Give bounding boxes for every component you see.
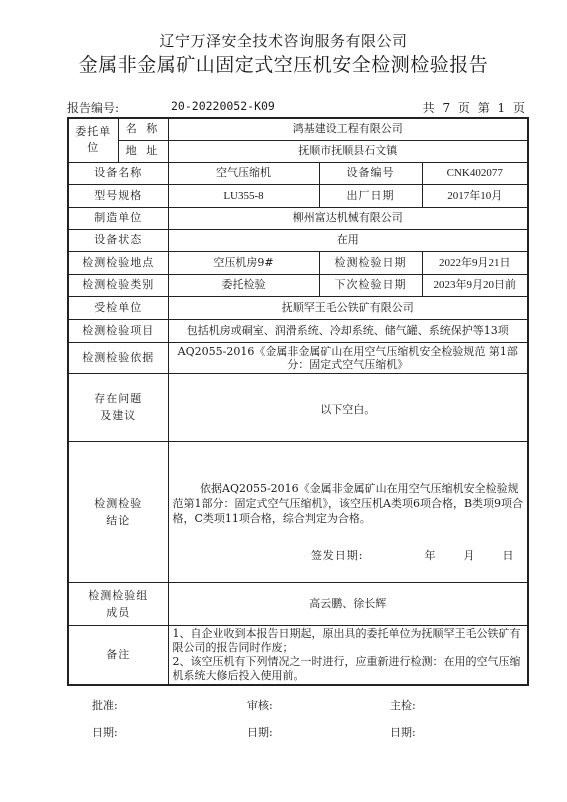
note-2: 2、该空压机有下列情况之一时进行，应重新进行检测：在用的空气压缩机系统大修后投入… [173,655,524,683]
model-label: 型号规格 [68,184,168,207]
client-name: 鸿基建设工程有限公司 [168,118,528,140]
manufacturer-label: 制造单位 [68,207,168,229]
report-table: 委托单位 名 称 鸿基建设工程有限公司 地 址 抚顺市抚顺县石文镇 设备名称 空… [67,117,529,686]
status-label: 设备状态 [68,229,168,251]
report-no-label: 报告编号: [67,99,119,116]
manufacture-date-label: 出厂日期 [319,184,422,207]
next-date: 2023年9月20日前 [422,274,528,296]
page-indicator: 共 7 页 第 1 页 [423,99,527,116]
category: 委托检验 [168,274,319,296]
note-1: 1、自企业收到本报告日期起，原出具的委托单位为抚顺罕王毛公铁矿有限公司的报告同时… [173,627,524,655]
client-group-label: 委托单位 [68,118,118,162]
client-address: 抚顺市抚顺县石文镇 [168,140,528,162]
location-label: 检测检验地点 [68,251,168,274]
notes-label: 备注 [68,625,168,685]
category-label: 检测检验类别 [68,274,168,296]
next-date-label: 下次检验日期 [319,274,422,296]
equipment-no-label: 设备编号 [319,162,422,184]
basis-label: 检测检验依据 [68,342,168,373]
inspected-unit-label: 受检单位 [68,296,168,319]
inspection-date: 2022年9月21日 [422,251,528,274]
company-name: 辽宁万泽安全技术咨询服务有限公司 [0,30,567,51]
equipment-name-label: 设备名称 [68,162,168,184]
items: 包括机房或硐室、润滑系统、冷却系统、储气罐、系统保护等13项 [168,319,528,342]
conclusion-label: 检测检验 结论 [68,441,168,582]
issues-label: 存在问题 及建议 [68,373,168,441]
report-meta: 报告编号: 20-20220052-K09 共 7 页 第 1 页 [67,99,527,115]
review-label: 审核: [247,697,273,713]
members-label: 检测检验组 成员 [68,582,168,625]
report-no: 20-20220052-K09 [171,99,275,113]
report-title: 金属非金属矿山固定式空压机安全检测检验报告 [0,50,567,77]
issues: 以下空白。 [168,373,528,441]
client-address-label: 地 址 [118,140,168,162]
inspection-date-label: 检测检验日期 [319,251,422,274]
conclusion-cell: 依据AQ2055-2016《金属非金属矿山在用空气压缩机安全检验规范第1部分：固… [168,441,528,582]
items-label: 检测检验项目 [68,319,168,342]
approve-date-label: 日期: [92,724,118,740]
basis: AQ2055-2016《金属非金属矿山在用空气压缩机安全检验规范 第1部分：固定… [168,342,528,373]
status: 在用 [168,229,528,251]
notes: 1、自企业收到本报告日期起，原出具的委托单位为抚顺罕王毛公铁矿有限公司的报告同时… [168,625,528,685]
location: 空压机房9# [168,251,319,274]
issue-date: 签发日期: 年 月 日 [173,548,524,563]
manufacturer: 柳州富达机械有限公司 [168,207,528,229]
client-name-label: 名 称 [118,118,168,140]
inspector-date-label: 日期: [390,724,416,740]
inspected-unit: 抚顺罕王毛公铁矿有限公司 [168,296,528,319]
model: LU355-8 [168,184,319,207]
approve-label: 批准: [92,697,118,713]
members: 高云鹏、徐长辉 [168,582,528,625]
equipment-no: CNK402077 [422,162,528,184]
inspector-label: 主检: [390,697,416,713]
conclusion-text: 依据AQ2055-2016《金属非金属矿山在用空气压缩机安全检验规范第1部分：固… [173,481,524,526]
review-date-label: 日期: [247,724,273,740]
equipment-name: 空气压缩机 [168,162,319,184]
manufacture-date: 2017年10月 [422,184,528,207]
